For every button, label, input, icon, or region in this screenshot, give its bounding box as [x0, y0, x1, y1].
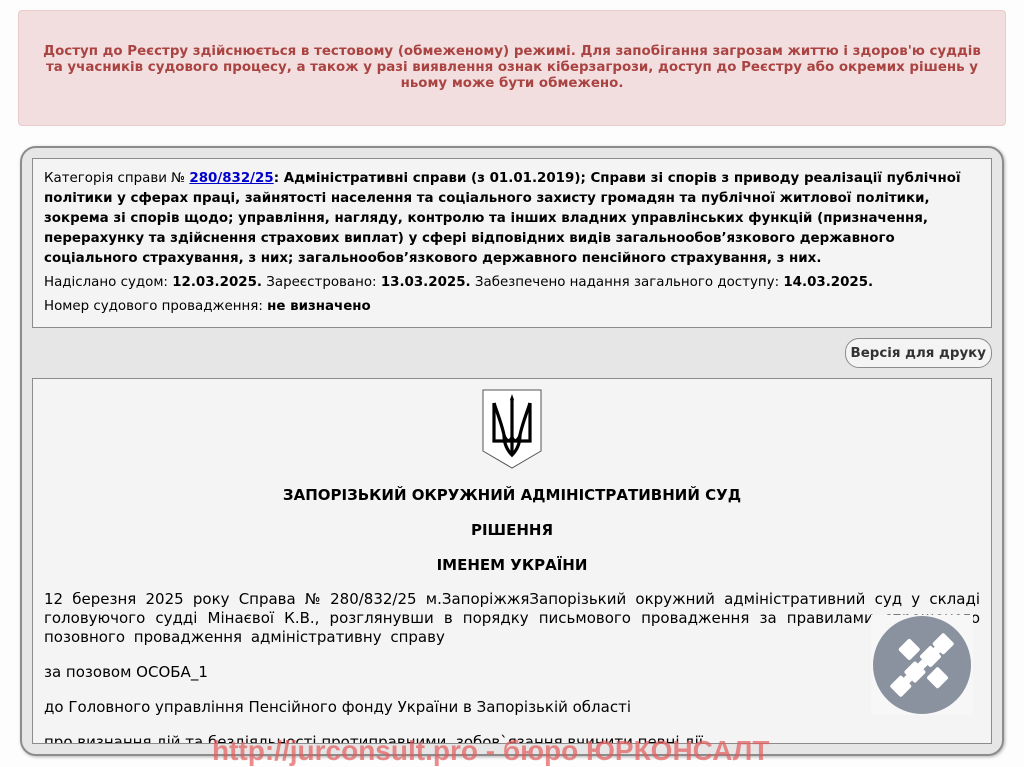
case-dates: Надіслано судом: 12.03.2025. Зареєстрова…: [44, 273, 980, 293]
defendant-paragraph: до Головного управління Пенсійного фонду…: [44, 698, 980, 717]
case-info-panel: Категорія справи № 280/832/25: Адміністр…: [32, 158, 992, 328]
puzzle-badge-icon: [871, 615, 973, 715]
access-warning-text: Доступ до Реєстру здійснюється в тестово…: [35, 44, 989, 92]
category-label: Категорія справи №: [44, 171, 189, 186]
proceeding-number: Номер судового провадження: не визначено: [44, 297, 980, 317]
registered-date: 13.03.2025.: [381, 275, 471, 290]
watermark-text: http://jurconsult.pro - бюро ЮРКОНСАЛТ: [212, 736, 770, 766]
case-category: Категорія справи № 280/832/25: Адміністр…: [44, 169, 980, 269]
sent-label: Надіслано судом:: [44, 275, 172, 290]
public-access-label: Забезпечено надання загального доступу:: [471, 275, 784, 290]
proceeding-value: не визначено: [267, 299, 371, 314]
decision-document: ЗАПОРІЗЬКИЙ ОКРУЖНИЙ АДМІНІСТРАТИВНИЙ СУ…: [32, 378, 992, 744]
decision-intro-paragraph: 12 березня 2025 року Справа № 280/832/25…: [44, 590, 980, 647]
plaintiff-paragraph: за позовом ОСОБА_1: [44, 663, 980, 682]
registered-label: Зареєстровано:: [262, 275, 381, 290]
floating-badge[interactable]: [871, 615, 973, 715]
case-number-link[interactable]: 280/832/25: [189, 171, 273, 186]
sent-date: 12.03.2025.: [172, 275, 262, 290]
document-type: РІШЕННЯ: [44, 520, 980, 540]
coat-of-arms-icon: [482, 389, 542, 469]
public-access-date: 14.03.2025.: [783, 275, 873, 290]
proceeding-label: Номер судового провадження:: [44, 299, 267, 314]
decision-frame: Категорія справи № 280/832/25: Адміністр…: [20, 146, 1004, 756]
print-version-button[interactable]: Версія для друку: [845, 338, 993, 368]
in-name-of-ukraine: ІМЕНЕМ УКРАЇНИ: [44, 555, 980, 575]
court-name: ЗАПОРІЗЬКИЙ ОКРУЖНИЙ АДМІНІСТРАТИВНИЙ СУ…: [44, 485, 980, 505]
access-warning-alert: Доступ до Реєстру здійснюється в тестово…: [18, 10, 1006, 126]
